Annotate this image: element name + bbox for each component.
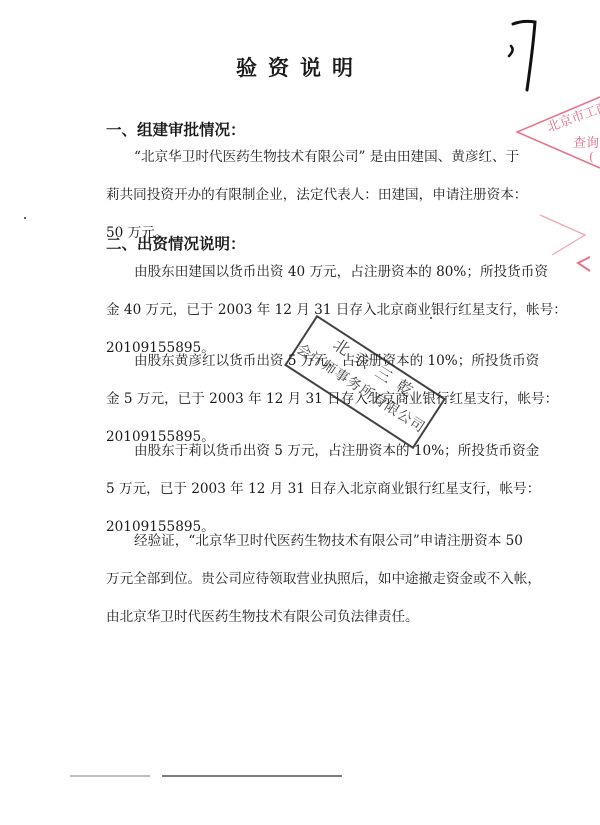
- paragraph-verification-conclusion: 经验证，“北京华卫时代医药生物技术有限公司”申请注册资本 50 万元全部到位。贵…: [106, 522, 502, 636]
- red-stamp-business-bureau: 北京市工商 查询 (: [515, 92, 600, 172]
- stamp-border-icon: [530, 205, 600, 275]
- text-line: 金 40 万元，已于 2003 年 12 月 31 日存入北京商业银行红星支行，…: [106, 291, 502, 329]
- document-title: 验资说明: [0, 52, 600, 82]
- text-line: 由北京华卫时代医药生物技术有限公司负法律责任。: [106, 598, 502, 636]
- scan-artifact-line: [70, 775, 150, 777]
- section-heading-approval: 一、组建审批情况：: [106, 118, 246, 140]
- section-heading-capital: 二、出资情况说明：: [106, 232, 246, 254]
- text-line: 5 万元，已于 2003 年 12 月 31 日存入北京商业银行红星支行，帐号：: [106, 470, 502, 508]
- stamp-text: 查询: [573, 132, 599, 151]
- text-line: 万元全部到位。贵公司应待领取营业执照后，如中途撤走资金或不入帐，: [106, 560, 502, 598]
- scanned-document-page: 验资说明 一、组建审批情况： “北京华卫时代医药生物技术有限公司” 是由田建国、…: [0, 0, 600, 825]
- text-line: 由股东田建国以货币出资 40 万元，占注册资本的 80%；所投货币资: [106, 253, 502, 291]
- scan-artifact-line: [162, 775, 342, 777]
- text-line: 经验证，“北京华卫时代医药生物技术有限公司”申请注册资本 50: [106, 522, 502, 560]
- text-line: “北京华卫时代医药生物技术有限公司” 是由田建国、黄彦红、于: [106, 138, 502, 176]
- text-line: 莉共同投资开办的有限制企业，法定代表人：田建国，申请注册资本：: [106, 176, 502, 214]
- text-line: 由股东于莉以货币出资 5 万元，占注册资本的 10%；所投货币资金: [106, 432, 502, 470]
- scan-speck: [430, 317, 432, 319]
- stamp-text: (: [589, 150, 594, 164]
- scan-speck: [24, 217, 26, 219]
- red-stamp-faint: [530, 205, 600, 275]
